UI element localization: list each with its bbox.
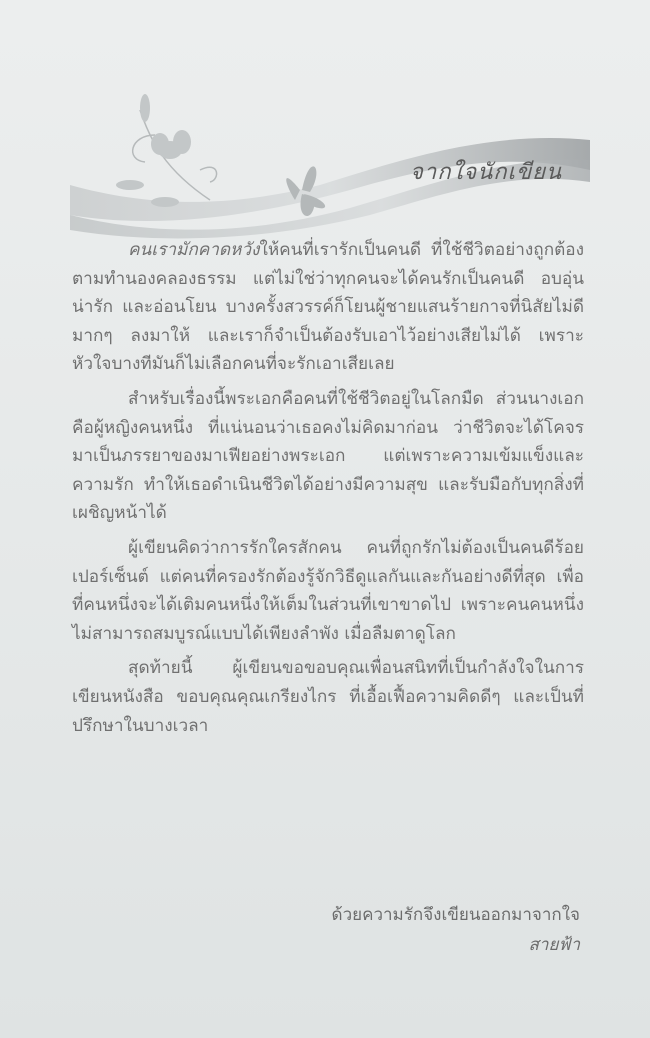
book-page: จากใจนักเขียน คนเรามักคาดหวังให้คนที่เรา… bbox=[0, 0, 650, 1038]
closing-block: ด้วยความรักจึงเขียนออกมาจากใจ สายฟ้า bbox=[332, 900, 580, 960]
paragraph: สำหรับเรื่องนี้พระเอกคือคนที่ใช้ชีวิตอยู… bbox=[72, 385, 584, 528]
preface-body: คนเรามักคาดหวังให้คนที่เรารักเป็นคนดี ที… bbox=[72, 236, 584, 746]
lead-phrase: คนเรามักคาดหวัง bbox=[128, 240, 259, 260]
paragraph: ผู้เขียนคิดว่าการรักใครสักคน คนที่ถูกรัก… bbox=[72, 534, 584, 648]
section-title: จากใจนักเขียน bbox=[410, 154, 562, 189]
paragraph: สุดท้ายนี้ ผู้เขียนขอขอบคุณเพื่อนสนิทที่… bbox=[72, 654, 584, 740]
author-signature: สายฟ้า bbox=[332, 930, 580, 960]
closing-line: ด้วยความรักจึงเขียนออกมาจากใจ bbox=[332, 900, 580, 930]
paragraph: คนเรามักคาดหวังให้คนที่เรารักเป็นคนดี ที… bbox=[72, 236, 584, 379]
header-banner: จากใจนักเขียน bbox=[70, 90, 590, 240]
